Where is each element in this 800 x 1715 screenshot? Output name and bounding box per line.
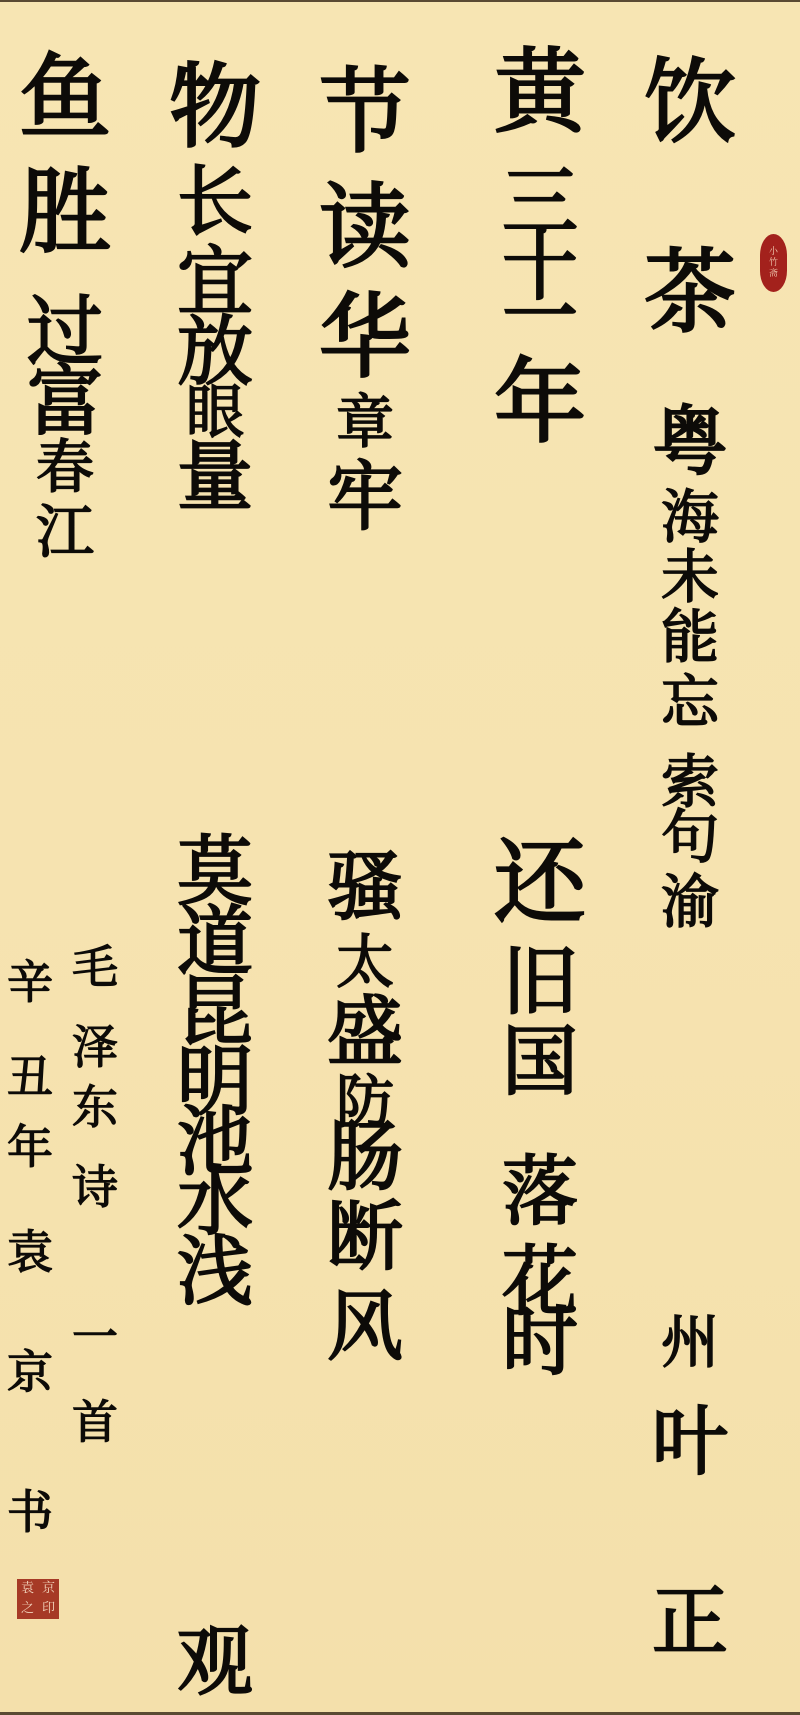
calligraphy-char: 黄 bbox=[494, 46, 586, 138]
inscription-author-char: 泽 bbox=[72, 1024, 118, 1070]
inscription-author-char: 一 bbox=[72, 1314, 118, 1360]
calligraphy-char: 一 bbox=[502, 279, 578, 355]
calligraphy-char: 忘 bbox=[661, 673, 719, 731]
calligraphy-char: 鱼 bbox=[19, 51, 111, 143]
calligraphy-char: 风 bbox=[327, 1289, 403, 1365]
calligraphy-char: 量 bbox=[177, 439, 253, 515]
calligraphy-char: 句 bbox=[661, 808, 719, 866]
calligraphy-char: 年 bbox=[494, 356, 586, 448]
calligraphy-char: 骚 bbox=[327, 849, 403, 925]
calligraphy-char: 江 bbox=[36, 503, 94, 561]
inscription-author-char: 首 bbox=[72, 1399, 118, 1445]
calligraphy-char: 物 bbox=[169, 61, 261, 153]
calligraphy-char: 国 bbox=[502, 1024, 578, 1100]
calligraphy-scroll: 小 竹 斋 袁 京 之 印 饮茶粤海未能忘索句渝州叶正黄三十一年还旧国落花时节读… bbox=[0, 0, 800, 1715]
seal-char: 京 bbox=[42, 1581, 55, 1597]
calligraphy-char: 读 bbox=[319, 181, 411, 273]
calligraphy-char: 富 bbox=[27, 364, 103, 440]
calligraphy-char: 未 bbox=[661, 548, 719, 606]
calligraphy-char: 叶 bbox=[652, 1404, 728, 1480]
inscription-date-char: 辛 bbox=[7, 959, 53, 1005]
calligraphy-char: 浅 bbox=[177, 1234, 253, 1310]
calligraphy-char: 春 bbox=[36, 438, 94, 496]
inscription-author-char: 东 bbox=[72, 1084, 118, 1130]
calligraphy-char: 还 bbox=[494, 836, 586, 928]
calligraphy-char: 粤 bbox=[652, 404, 728, 480]
inscription-date-char: 袁 bbox=[7, 1229, 53, 1275]
seal-char: 小 bbox=[769, 247, 778, 258]
calligraphy-char: 太 bbox=[336, 933, 394, 991]
seal-char: 斋 bbox=[769, 269, 778, 280]
calligraphy-char: 长 bbox=[177, 164, 253, 240]
calligraphy-char: 章 bbox=[336, 393, 394, 451]
calligraphy-char: 旧 bbox=[502, 944, 578, 1020]
inscription-date-char: 年 bbox=[7, 1124, 53, 1170]
calligraphy-char: 华 bbox=[319, 291, 411, 383]
square-seal: 袁 京 之 印 bbox=[17, 1579, 59, 1619]
calligraphy-char: 渝 bbox=[661, 873, 719, 931]
seal-char: 竹 bbox=[769, 258, 778, 269]
calligraphy-char: 胜 bbox=[19, 166, 111, 258]
calligraphy-char: 能 bbox=[661, 608, 719, 666]
inscription-date-char: 京 bbox=[7, 1349, 53, 1395]
calligraphy-char: 牢 bbox=[327, 459, 403, 535]
calligraphy-char: 肠 bbox=[327, 1119, 403, 1195]
calligraphy-char: 盛 bbox=[327, 994, 403, 1070]
calligraphy-char: 饮 bbox=[644, 56, 736, 148]
seal-char: 袁 bbox=[21, 1581, 34, 1597]
calligraphy-char: 海 bbox=[661, 488, 719, 546]
calligraphy-char: 州 bbox=[661, 1313, 719, 1371]
calligraphy-char: 正 bbox=[652, 1584, 728, 1660]
inscription-date-char: 书 bbox=[7, 1489, 53, 1535]
calligraphy-char: 节 bbox=[319, 66, 411, 158]
inscription-author-char: 毛 bbox=[72, 944, 118, 990]
calligraphy-char: 观 bbox=[177, 1624, 253, 1700]
calligraphy-char: 断 bbox=[327, 1199, 403, 1275]
inscription-date-char: 丑 bbox=[7, 1054, 53, 1100]
inscription-author-char: 诗 bbox=[72, 1164, 118, 1210]
calligraphy-char: 时 bbox=[502, 1304, 578, 1380]
seal-char: 印 bbox=[42, 1601, 55, 1617]
calligraphy-char: 落 bbox=[502, 1154, 578, 1230]
oval-seal: 小 竹 斋 bbox=[760, 234, 787, 292]
seal-char: 之 bbox=[21, 1601, 34, 1617]
calligraphy-char: 茶 bbox=[644, 246, 736, 338]
